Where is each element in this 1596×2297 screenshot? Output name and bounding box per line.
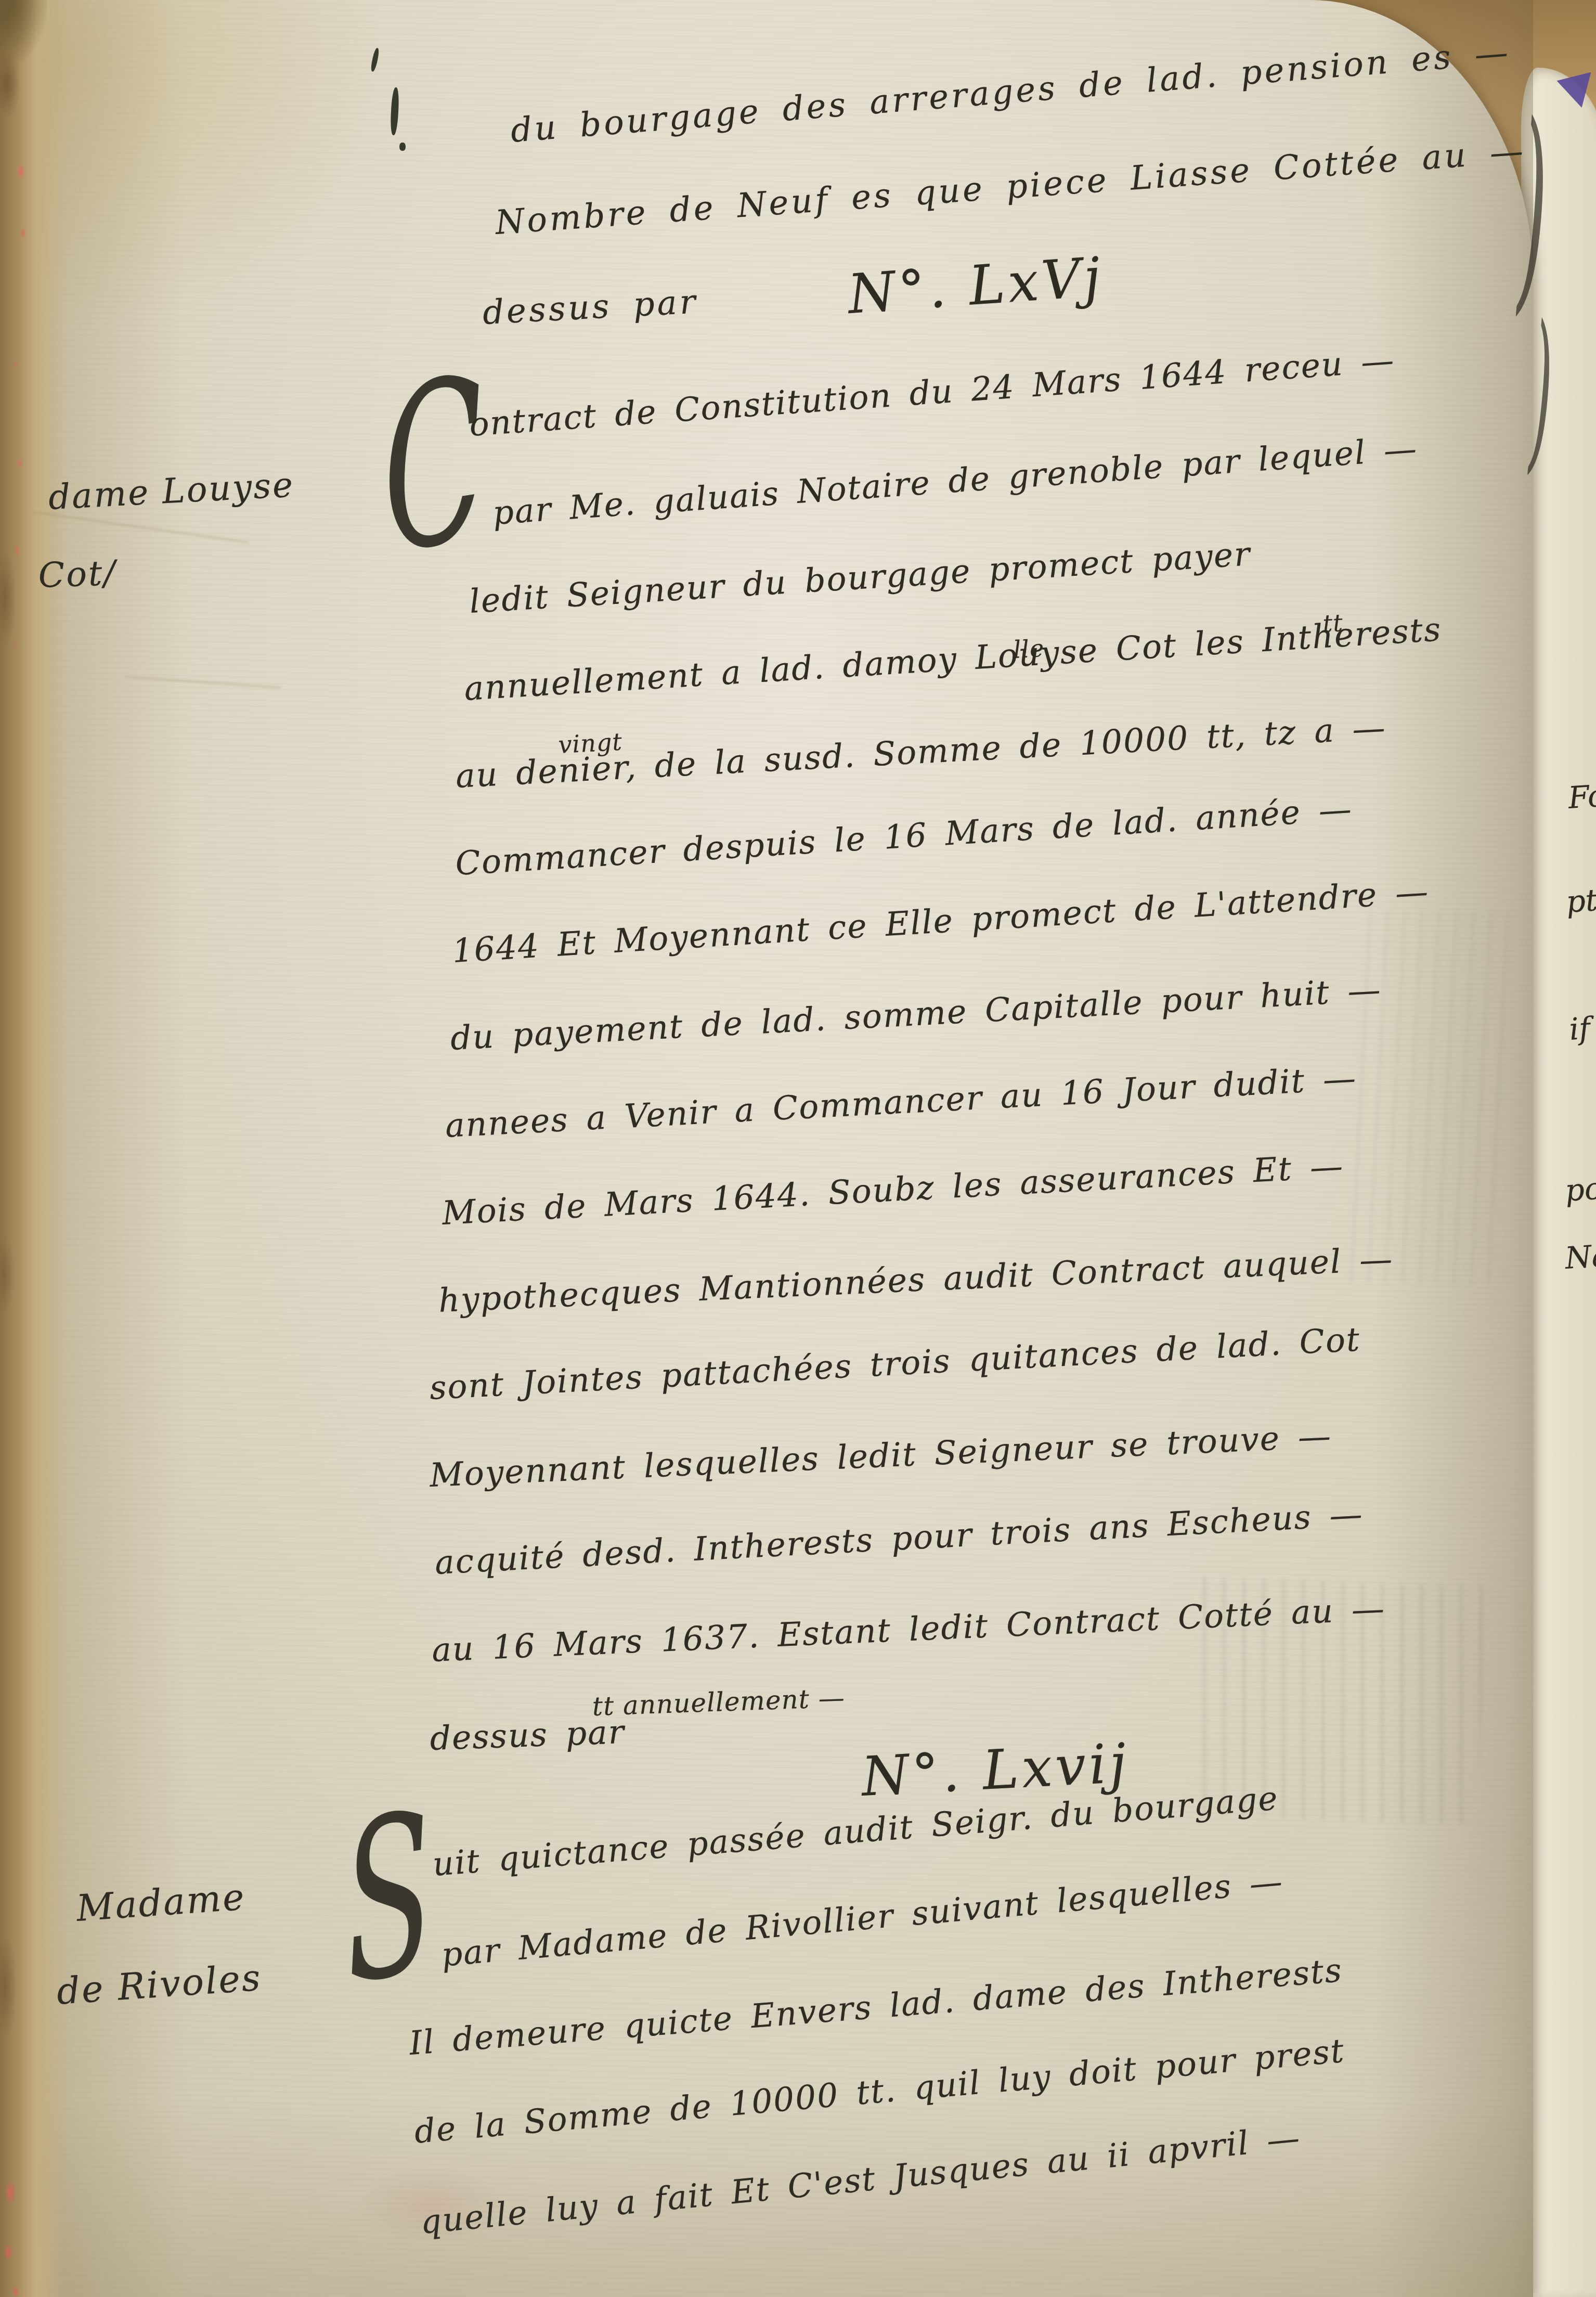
initial-letter: S xyxy=(339,1805,439,1994)
edge-fragment: Fo xyxy=(1567,778,1596,816)
binding-corner xyxy=(0,0,47,68)
edge-fragment: Na xyxy=(1564,1237,1596,1276)
interlinear-note: lle xyxy=(1013,634,1045,664)
margin-note: Cot/ xyxy=(37,553,118,596)
edge-fragment: pt xyxy=(1565,882,1596,920)
manuscript-photo: du bourgage des arrerages de lad. pensio… xyxy=(0,0,1596,2297)
ink-blot xyxy=(399,143,406,151)
interlinear-note: tt xyxy=(1322,609,1344,638)
flourish-bracket: ) xyxy=(1529,317,1554,464)
show-through-smudge xyxy=(1349,909,1512,1286)
binding-gutter xyxy=(0,0,78,2297)
flourish-bracket: ) xyxy=(1517,115,1548,299)
parchment-page: du bourgage des arrerages de lad. pensio… xyxy=(0,0,1533,2297)
initial-letter: C xyxy=(378,370,490,563)
edge-fragment: if xyxy=(1568,1010,1591,1047)
edge-fragment: po xyxy=(1564,1170,1596,1208)
paper-texture xyxy=(0,0,1533,2297)
